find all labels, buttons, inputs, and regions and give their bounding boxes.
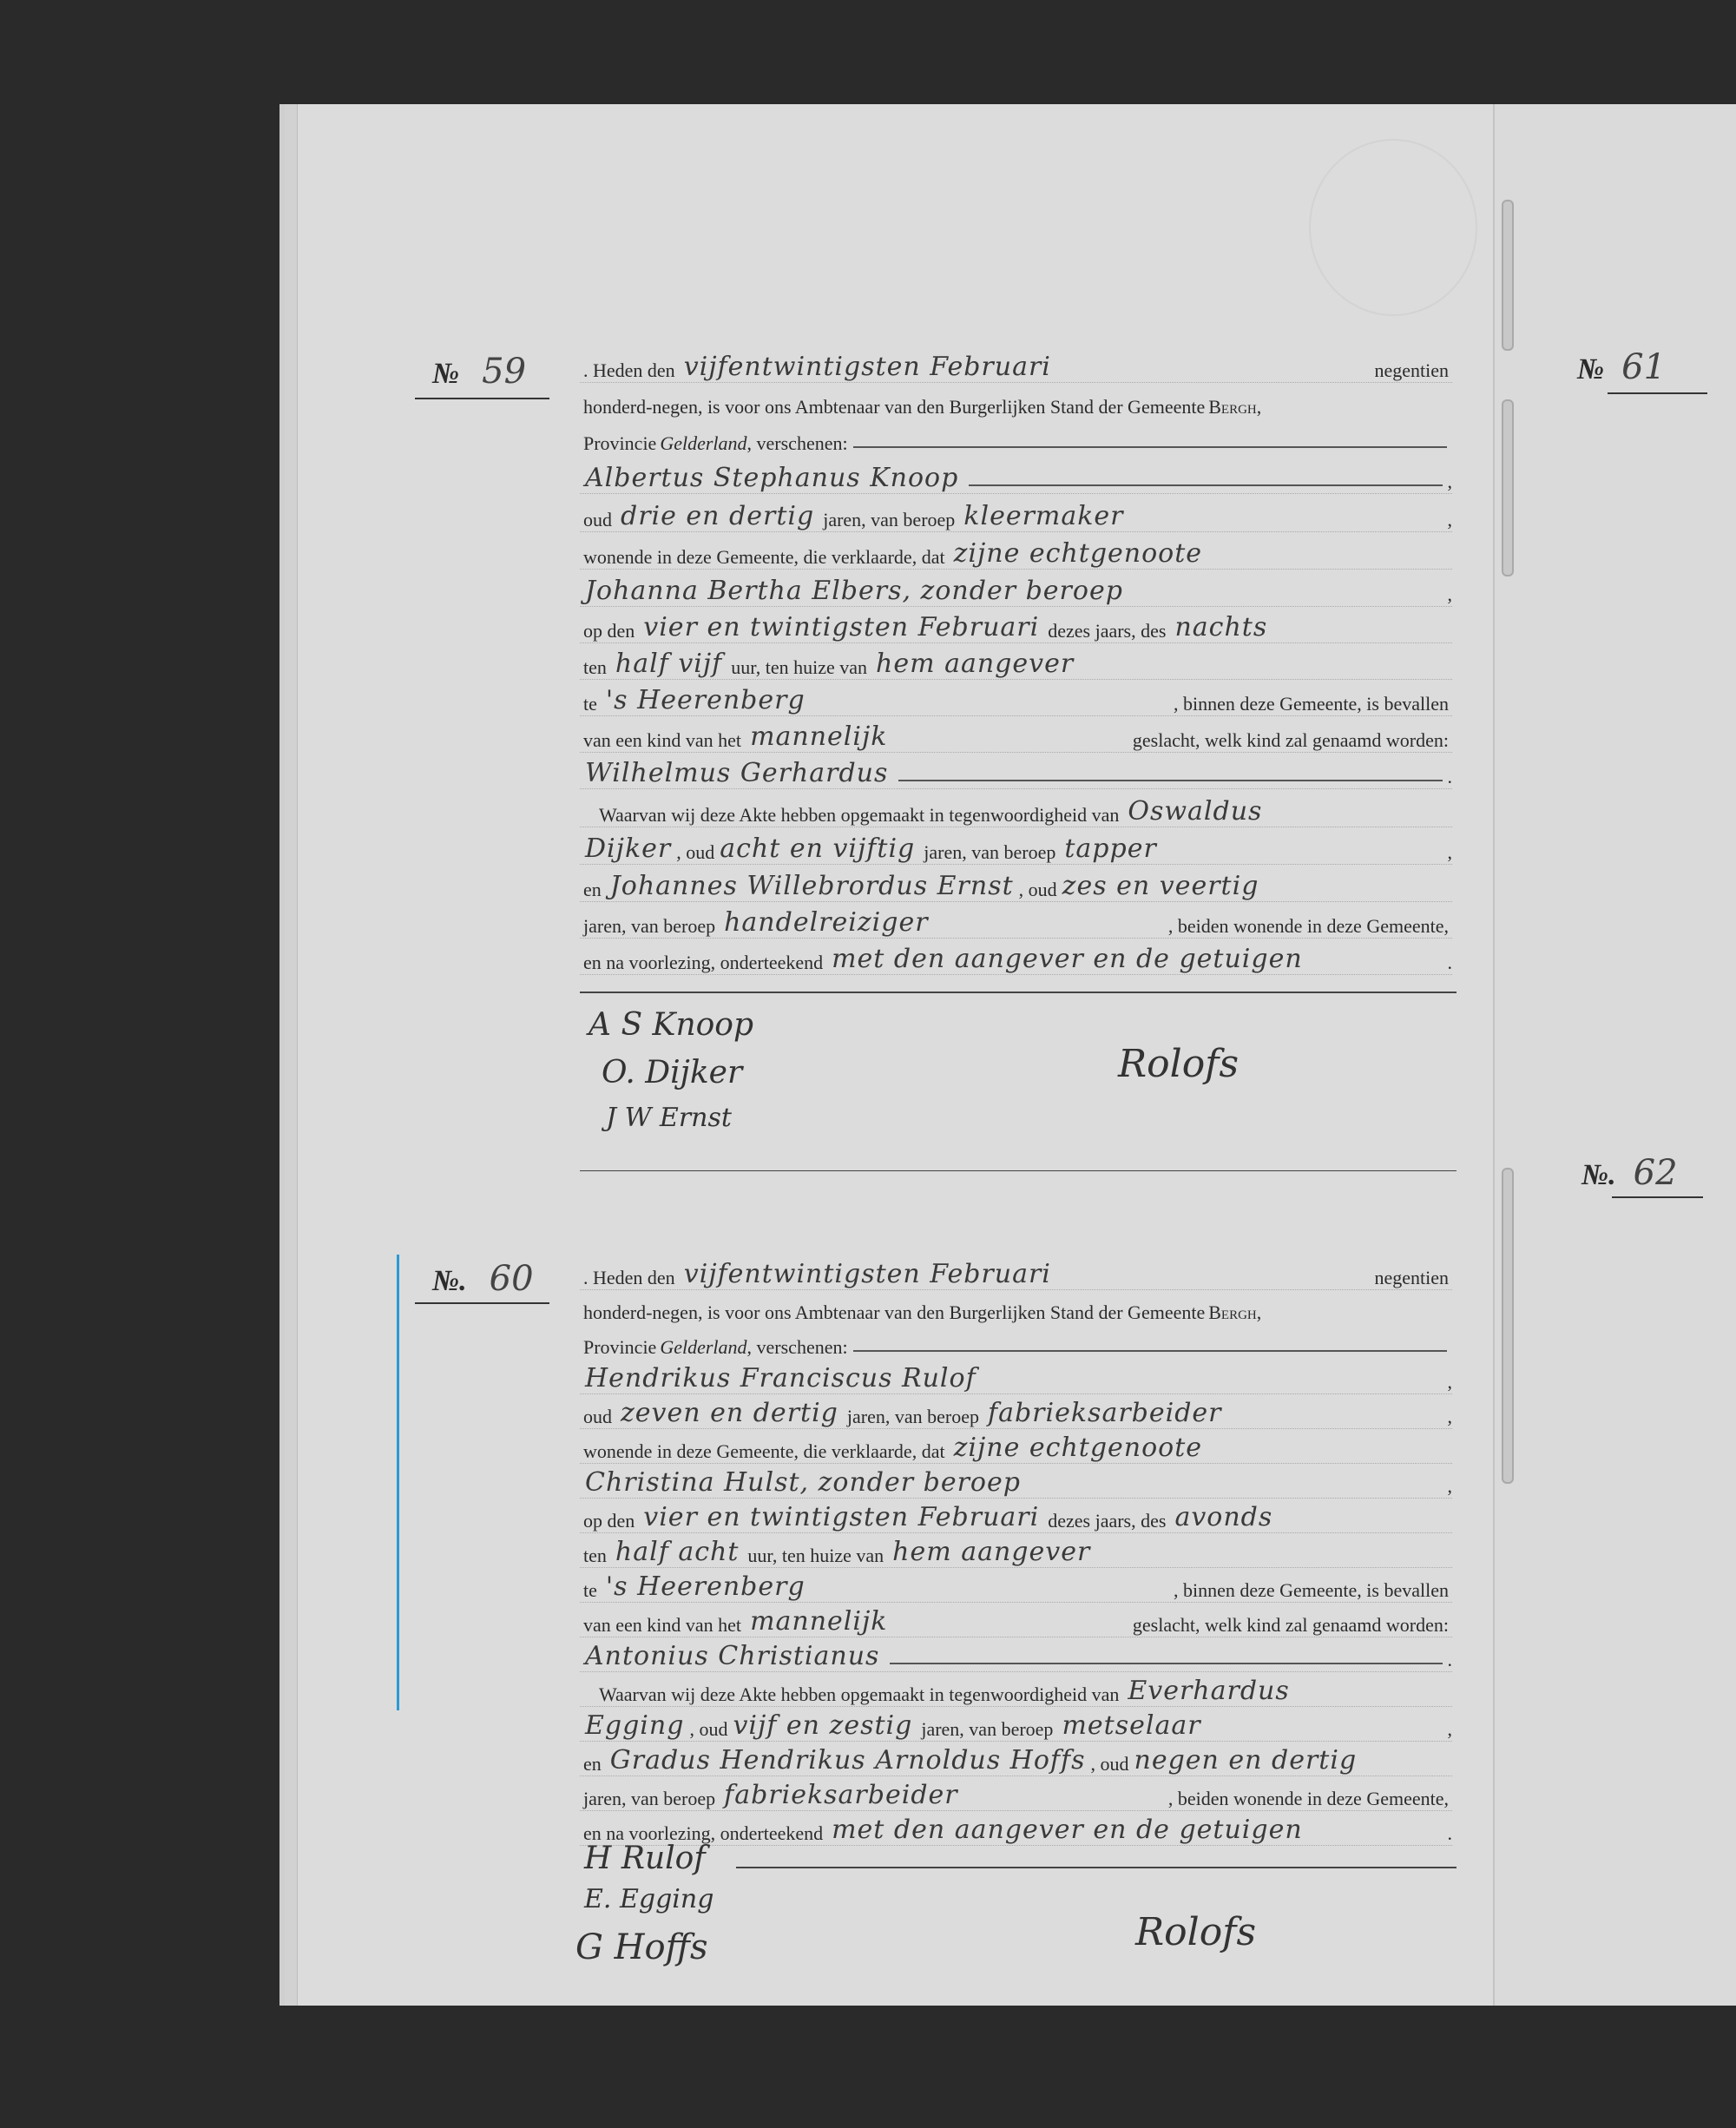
witness-2-name: Gradus Hendrikus Arnoldus Hoffs [605,1745,1091,1776]
record-line-3: Provincie Gelderland , verschenen: [580,420,1452,455]
record-line-1: . Heden den vijfentwintigsten Februari n… [580,347,1452,383]
signature-divider [580,992,1457,993]
record-line-5: oud zeven en dertig jaren, van beroep fa… [580,1393,1452,1429]
signature-registrar: Rolofs [1135,1910,1256,1954]
witness-1-first-name: Everhardus [1122,1676,1294,1706]
number-value: 60 [490,1259,534,1299]
date-handwritten: vijfentwintigsten Februari [679,352,1056,382]
signature-registrar: Rolofs [1118,1042,1239,1086]
signature-witness-1: O. Dijker [602,1055,742,1090]
record-line-14: Dijker , oud acht en vijftig jaren, van … [580,829,1452,865]
signature-witness-2: J W Ernst [606,1103,732,1133]
witness-1-age: vijf en zestig [727,1710,917,1741]
next-record-62: №.62 [1581,1153,1678,1193]
register-page: №59 . Heden den vijfentwintigsten Februa… [279,104,1498,2006]
witness-1-age: acht en vijftig [714,833,920,864]
record-line-6: wonende in deze Gemeente, die verklaarde… [580,534,1452,570]
number-underline [415,1302,549,1304]
witness-1-occupation: metselaar [1056,1710,1206,1741]
page-edge [285,104,298,2006]
child-sex: mannelijk [745,1606,892,1637]
date-handwritten: vijfentwintigsten Februari [679,1259,1056,1289]
witness-1-first-name: Oswaldus [1122,796,1267,827]
number-prefix: № [432,358,459,390]
record-line-12: Antonius Christianus . [580,1637,1452,1672]
record-line-9: ten half acht uur, ten huize van hem aan… [580,1532,1452,1568]
binding-stitch [1502,200,1514,351]
birth-time-of-day: nachts [1169,612,1272,642]
child-sex: mannelijk [745,721,892,752]
mother-name: Christina Hulst, zonder beroep [580,1467,1026,1498]
record-line-7: Christina Hulst, zonder beroep , [580,1463,1452,1499]
child-name: Wilhelmus Gerhardus [580,758,893,788]
record-line-3: Provincie Gelderland , verschenen: [580,1324,1452,1359]
record-line-15: en Johannes Willebrordus Ernst , oud zes… [580,866,1452,902]
municipality-name: Bergh, [1208,396,1261,418]
record-line-10: te 's Heerenberg , binnen deze Gemeente,… [580,681,1452,716]
father-age: zeven en dertig [615,1398,844,1428]
next-record-61: №61 [1577,347,1666,387]
signature-divider [736,1867,1457,1868]
father-age: drie en dertig [615,501,819,531]
record-line-8: op den vier en twintigsten Februari deze… [580,1498,1452,1533]
record-line-9: ten half vijf uur, ten huize van hem aan… [580,644,1452,680]
signature-declarant: A S Knoop [589,1007,753,1043]
witness-1-occupation: tapper [1059,833,1161,864]
margin-marker-line [397,1255,399,1710]
signature-witness-1: E. Egging [584,1884,713,1914]
record-line-16: jaren, van beroep fabrieksarbeider , bei… [580,1776,1452,1811]
number-underline [1612,1196,1703,1198]
record-line-1: . Heden den vijfentwintigsten Februari n… [580,1255,1452,1290]
signature-witness-2: G Hoffs [575,1927,708,1967]
witness-2-occupation: handelreiziger [719,907,933,938]
entry-divider [580,1170,1457,1171]
birth-hour: half vijf [610,649,727,679]
father-occupation: fabrieksarbeider [983,1398,1227,1428]
record-line-17: en na voorlezing, onderteekend met den a… [580,1810,1452,1846]
birth-place: 's Heerenberg [601,685,811,715]
next-page-edge: №61 №.62 [1493,104,1736,2006]
record-number: №59 [432,352,526,392]
record-line-2: honderd-negen, is voor ons Ambtenaar van… [580,384,1452,418]
record-line-13: Waarvan wij deze Akte hebben opgemaakt i… [580,792,1452,827]
birth-place: 's Heerenberg [601,1571,811,1602]
record-line-4: Hendrikus Franciscus Rulof , [580,1359,1452,1394]
witness-2-occupation: fabrieksarbeider [719,1780,963,1810]
record-line-7: Johanna Bertha Elbers, zonder beroep , [580,571,1452,607]
binding-stitch [1502,1168,1514,1484]
number-prefix: №. [432,1265,467,1297]
father-name: Albertus Stephanus Knoop [580,463,963,493]
signature-declarant: H Rulof [584,1841,706,1876]
record-line-6: wonende in deze Gemeente, die verklaarde… [580,1428,1452,1464]
record-line-11: van een kind van het mannelijk geslacht,… [580,717,1452,753]
witness-2-age: zes en veertig [1057,871,1265,901]
record-line-14: Egging , oud vijf en zestig jaren, van b… [580,1706,1452,1742]
witness-1-surname: Egging [580,1710,689,1741]
record-line-12: Wilhelmus Gerhardus . [580,754,1452,789]
province-name: Gelderland [660,1336,746,1359]
witness-1-surname: Dijker [580,833,676,864]
record-line-11: van een kind van het mannelijk geslacht,… [580,1602,1452,1637]
municipality-name: Bergh, [1208,1301,1261,1324]
record-line-15: en Gradus Hendrikus Arnoldus Hoffs , oud… [580,1741,1452,1776]
record-number: №.60 [432,1259,534,1299]
record-line-2: honderd-negen, is voor ons Ambtenaar van… [580,1289,1452,1324]
number-value: 59 [482,352,526,392]
birth-time-of-day: avonds [1169,1502,1278,1532]
record-line-5: oud drie en dertig jaren, van beroep kle… [580,497,1452,532]
number-underline [1608,392,1707,394]
child-name: Antonius Christianus [580,1641,884,1671]
father-occupation: kleermaker [958,501,1128,531]
birth-date: vier en twintigsten Februari [638,1502,1044,1532]
record-line-17: en na voorlezing, onderteekend met den a… [580,939,1452,975]
embossed-seal-icon [1309,139,1477,316]
record-line-13: Waarvan wij deze Akte hebben opgemaakt i… [580,1671,1452,1707]
birth-date: vier en twintigsten Februari [638,612,1044,642]
father-name: Hendrikus Franciscus Rulof [580,1363,982,1393]
record-line-16: jaren, van beroep handelreiziger , beide… [580,903,1452,939]
witness-2-age: negen en dertig [1129,1745,1363,1776]
birth-hour: half acht [610,1537,745,1567]
binding-stitch [1502,399,1514,576]
number-underline [415,398,549,399]
record-line-8: op den vier en twintigsten Februari deze… [580,608,1452,643]
witness-2-name: Johannes Willebrordus Ernst [605,871,1019,901]
record-line-10: te 's Heerenberg , binnen deze Gemeente,… [580,1567,1452,1603]
province-name: Gelderland [660,432,746,455]
record-line-4: Albertus Stephanus Knoop , [580,458,1452,494]
mother-name: Johanna Bertha Elbers, zonder beroep [580,576,1128,606]
